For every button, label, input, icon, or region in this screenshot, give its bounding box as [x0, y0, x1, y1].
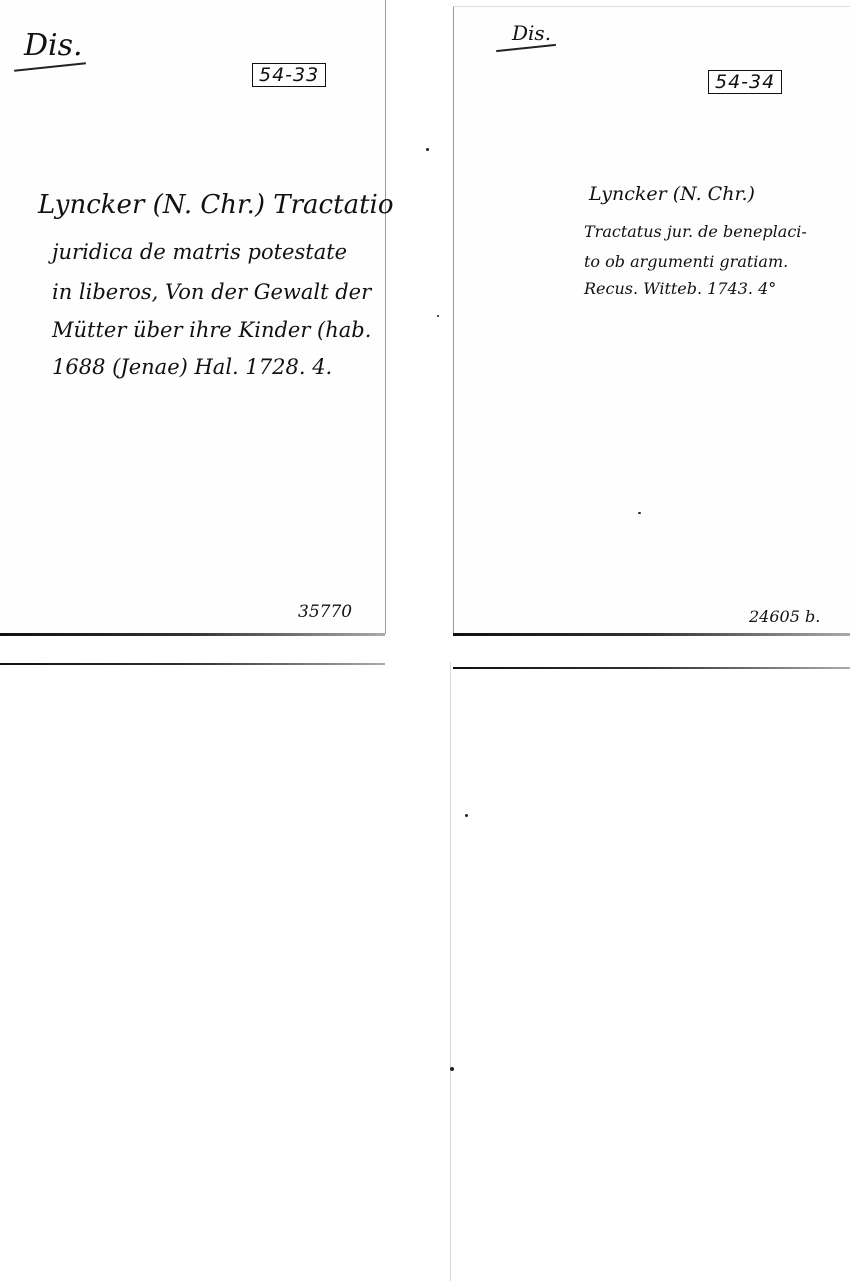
- speck: [465, 814, 468, 817]
- lower-card-edge-left: [0, 663, 385, 665]
- speck: [450, 1067, 454, 1071]
- card-left-bottom-edge: [0, 633, 385, 636]
- entry-line-3: to ob argumenti gratiam.: [584, 252, 788, 271]
- entry-line-1: Lyncker (N. Chr.): [589, 183, 755, 205]
- entry-line-1: Lyncker (N. Chr.) Tractatio: [38, 190, 393, 220]
- mark-underline: [496, 44, 556, 52]
- entry-line-2: juridica de matris potestate: [52, 240, 347, 264]
- catalog-card-right: Dis. 54-34 Lyncker (N. Chr.) Tractatus j…: [453, 6, 850, 635]
- entry-line-5: 1688 (Jenae) Hal. 1728. 4.: [52, 355, 332, 379]
- catalog-card-left: Dis. 54-33 Lyncker (N. Chr.) Tractatio j…: [0, 0, 386, 634]
- speck: [638, 512, 641, 514]
- entry-line-3: in liberos, Von der Gewalt der: [52, 280, 371, 304]
- entry-line-4: Mütter über ihre Kinder (hab.: [52, 318, 371, 342]
- lower-card-edge-right: [453, 667, 850, 669]
- call-number-box: 54-34: [708, 70, 782, 94]
- speck: [426, 148, 429, 151]
- accession-number: 35770: [298, 602, 352, 622]
- call-number-box: 54-33: [252, 63, 326, 87]
- lower-card-divider: [450, 662, 451, 1281]
- mark-underline: [14, 62, 86, 71]
- speck: [437, 315, 439, 317]
- entry-line-2: Tractatus jur. de beneplaci-: [584, 222, 807, 241]
- accession-number: 24605 b.: [749, 607, 820, 626]
- card-right-bottom-edge: [453, 633, 850, 636]
- dissertation-mark: Dis.: [512, 21, 551, 45]
- entry-line-4: Recus. Witteb. 1743. 4°: [584, 279, 776, 298]
- dissertation-mark: Dis.: [24, 28, 83, 63]
